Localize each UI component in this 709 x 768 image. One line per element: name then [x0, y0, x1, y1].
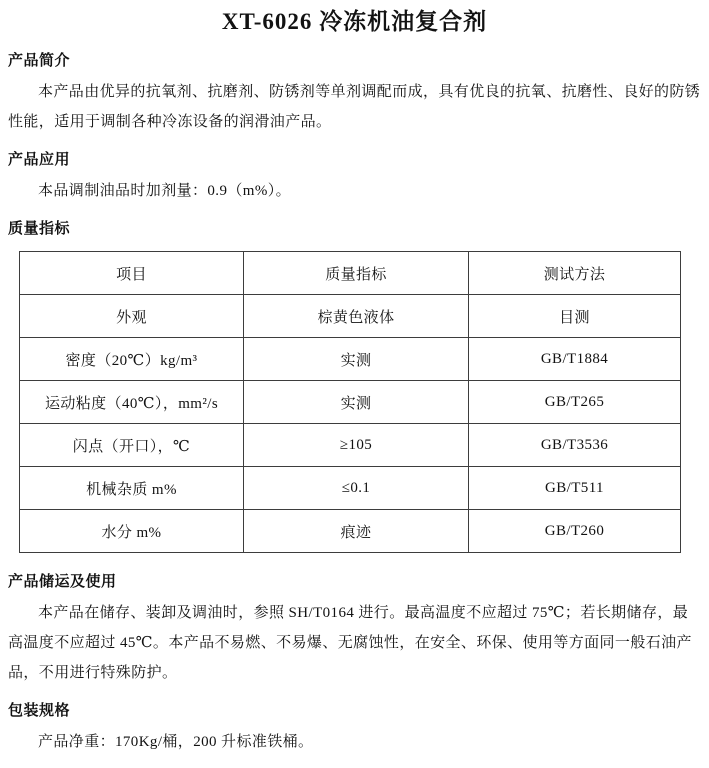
- header-cell-method: 测试方法: [469, 252, 681, 295]
- cell-impurities-spec: ≤0.1: [244, 467, 469, 510]
- cell-viscosity-method: GB/T265: [469, 381, 681, 424]
- heading-storage-usage: 产品储运及使用: [8, 572, 701, 592]
- heading-product-intro: 产品简介: [8, 51, 701, 71]
- cell-flash-point-method: GB/T3536: [469, 424, 681, 467]
- heading-quality-index: 质量指标: [8, 219, 701, 239]
- cell-moisture-spec: 痕迹: [244, 510, 469, 553]
- row-moisture: 水分 m% 痕迹 GB/T260: [20, 510, 681, 553]
- row-mechanical-impurities: 机械杂质 m% ≤0.1 GB/T511: [20, 467, 681, 510]
- heading-product-application: 产品应用: [8, 150, 701, 170]
- paragraph-storage-usage: 本产品在储存、装卸及调油时，参照 SH/T0164 进行。最高温度不应超过 75…: [8, 598, 701, 688]
- cell-flash-point-spec: ≥105: [244, 424, 469, 467]
- cell-appearance-item: 外观: [20, 295, 244, 338]
- cell-impurities-item: 机械杂质 m%: [20, 467, 244, 510]
- header-cell-spec: 质量指标: [244, 252, 469, 295]
- cell-density-method: GB/T1884: [469, 338, 681, 381]
- table-header-row: 项目 质量指标 测试方法: [20, 252, 681, 295]
- paragraph-product-application: 本品调制油品时加剂量：0.9（m%）。: [8, 176, 701, 206]
- cell-density-item: 密度（20℃）kg/m³: [20, 338, 244, 381]
- header-cell-item: 项目: [20, 252, 244, 295]
- heading-packaging-spec: 包装规格: [8, 701, 701, 721]
- cell-flash-point-item: 闪点（开口），℃: [20, 424, 244, 467]
- row-density: 密度（20℃）kg/m³ 实测 GB/T1884: [20, 338, 681, 381]
- cell-moisture-method: GB/T260: [469, 510, 681, 553]
- row-appearance: 外观 棕黄色液体 目测: [20, 295, 681, 338]
- paragraph-product-intro: 本产品由优异的抗氧剂、抗磨剂、防锈剂等单剂调配而成，具有优良的抗氧、抗磨性、良好…: [8, 77, 701, 137]
- cell-viscosity-item: 运动粘度（40℃），mm²/s: [20, 381, 244, 424]
- document-title: XT-6026 冷冻机油复合剂: [8, 6, 701, 38]
- paragraph-packaging-spec: 产品净重：170Kg/桶，200 升标准铁桶。: [8, 727, 701, 757]
- cell-moisture-item: 水分 m%: [20, 510, 244, 553]
- cell-impurities-method: GB/T511: [469, 467, 681, 510]
- cell-appearance-method: 目测: [469, 295, 681, 338]
- row-viscosity: 运动粘度（40℃），mm²/s 实测 GB/T265: [20, 381, 681, 424]
- cell-density-spec: 实测: [244, 338, 469, 381]
- quality-spec-table: 项目 质量指标 测试方法 外观 棕黄色液体 目测 密度（20℃）kg/m³ 实测…: [19, 251, 681, 553]
- cell-appearance-spec: 棕黄色液体: [244, 295, 469, 338]
- row-flash-point: 闪点（开口），℃ ≥105 GB/T3536: [20, 424, 681, 467]
- product-spec-document: XT-6026 冷冻机油复合剂 产品简介 本产品由优异的抗氧剂、抗磨剂、防锈剂等…: [0, 0, 709, 768]
- cell-viscosity-spec: 实测: [244, 381, 469, 424]
